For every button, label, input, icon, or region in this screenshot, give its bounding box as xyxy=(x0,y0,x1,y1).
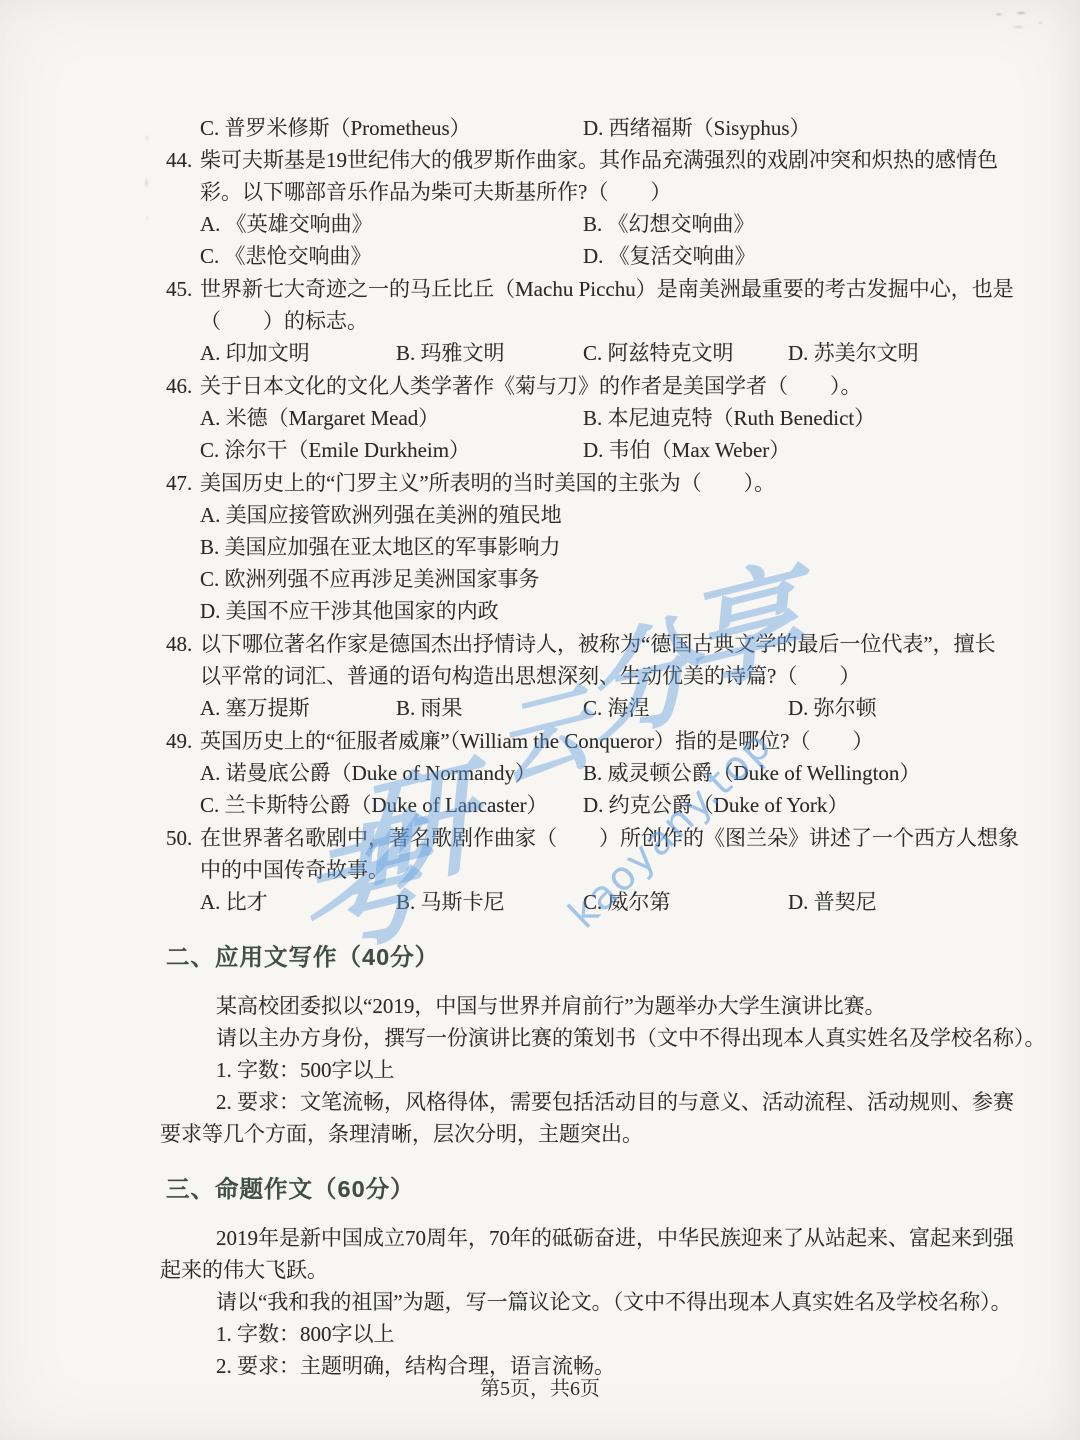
question-49: 49. 英国历史上的“征服者威廉”（William the Conqueror）… xyxy=(166,725,970,821)
question-text-line: 在世界著名歌剧中，著名歌剧作曲家（ ）所创作的《图兰朵》讲述了一个西方人想象 xyxy=(200,822,970,854)
scan-artifact xyxy=(986,6,1050,34)
question-50: 50. 在世界著名歌剧中，著名歌剧作曲家（ ）所创作的《图兰朵》讲述了一个西方人… xyxy=(166,822,970,918)
option-d: D. 苏美尔文明 xyxy=(788,337,970,369)
section-titled-essay: 三、命题作文（60分） 2019年是新中国成立70周年，70年的砥砺奋进，中华民… xyxy=(166,1173,970,1382)
question-47: 47. 美国历史上的“门罗主义”所表明的当时美国的主张为（ ）。 A. 美国应接… xyxy=(166,467,970,627)
option-b: B. 马斯卡尼 xyxy=(396,886,583,918)
paragraph-continued: 起来的伟大飞跃。 xyxy=(160,1254,970,1286)
question-text-line: 中的中国传奇故事。 xyxy=(200,854,970,886)
option-a: A. 比才 xyxy=(200,886,396,918)
paragraph: 请以“我和我的祖国”为题，写一篇议论文。（文中不得出现本人真实姓名及学校名称）。 xyxy=(166,1286,970,1318)
question-43-options: C. 普罗米修斯（Prometheus） D. 西绪福斯（Sisyphus） xyxy=(166,112,970,144)
question-text-line: 世界新七大奇迹之一的马丘比丘（Machu Picchu）是南美洲最重要的考古发掘… xyxy=(200,273,970,305)
question-45: 45. 世界新七大奇迹之一的马丘比丘（Machu Picchu）是南美洲最重要的… xyxy=(166,273,970,369)
options-grid: A. 诺曼底公爵（Duke of Normandy） B. 威灵顿公爵（Duke… xyxy=(200,757,970,821)
options-grid: A. 比才 B. 马斯卡尼 C. 威尔第 D. 普契尼 xyxy=(200,886,970,918)
option-b: B. 美国应加强在亚太地区的军事影响力 xyxy=(200,531,970,563)
question-text-line: 关于日本文化的文化人类学著作《菊与刀》的作者是美国学者（ ）。 xyxy=(200,370,970,402)
question-number: 47. xyxy=(166,467,192,499)
question-text-line: 柴可夫斯基是19世纪伟大的俄罗斯作曲家。其作品充满强烈的戏剧冲突和炽热的感情色 xyxy=(200,144,970,176)
question-text-line: 以平常的词汇、普通的语句构造出思想深刻、生动优美的诗篇?（ ） xyxy=(200,660,970,692)
option-b: B. 《幻想交响曲》 xyxy=(583,208,970,240)
question-number: 46. xyxy=(166,370,192,402)
option-d: D. 弥尔顿 xyxy=(788,692,970,724)
option-c: C. 兰卡斯特公爵（Duke of Lancaster） xyxy=(200,789,583,821)
option-c: C. 阿兹特克文明 xyxy=(583,337,788,369)
scanned-exam-page: C. 普罗米修斯（Prometheus） D. 西绪福斯（Sisyphus） 4… xyxy=(0,0,1080,1440)
page-content: C. 普罗米修斯（Prometheus） D. 西绪福斯（Sisyphus） 4… xyxy=(166,112,970,1382)
options-grid: A. 美国应接管欧洲列强在美洲的殖民地 B. 美国应加强在亚太地区的军事影响力 … xyxy=(200,499,970,627)
option-c: C. 《悲怆交响曲》 xyxy=(200,240,583,272)
options-grid: A. 米德（Margaret Mead） B. 本尼迪克特（Ruth Bened… xyxy=(200,402,970,466)
option-d: D. 约克公爵（Duke of York） xyxy=(583,789,970,821)
question-text-line: 英国历史上的“征服者威廉”（William the Conqueror）指的是哪… xyxy=(200,725,970,757)
requirement-item: 2. 要求：文笔流畅，风格得体，需要包括活动目的与意义、活动流程、活动规则、参赛 xyxy=(166,1086,970,1118)
option-b: B. 玛雅文明 xyxy=(396,337,583,369)
requirement-item: 1. 字数：500字以上 xyxy=(166,1054,970,1086)
question-number: 50. xyxy=(166,822,192,854)
scan-artifact xyxy=(142,128,152,228)
option-b: B. 威灵顿公爵（Duke of Wellington） xyxy=(583,757,970,789)
option-d: D. 韦伯（Max Weber） xyxy=(583,434,970,466)
options-grid: A. 塞万提斯 B. 雨果 C. 海涅 D. 弥尔顿 xyxy=(200,692,970,724)
option-a: A. 米德（Margaret Mead） xyxy=(200,402,583,434)
option-d: D. 《复活交响曲》 xyxy=(583,240,970,272)
question-number: 48. xyxy=(166,628,192,660)
option-b: B. 本尼迪克特（Ruth Benedict） xyxy=(583,402,970,434)
option-b: B. 雨果 xyxy=(396,692,583,724)
question-number: 44. xyxy=(166,144,192,176)
option-a: A. 塞万提斯 xyxy=(200,692,396,724)
option-c: C. 海涅 xyxy=(583,692,788,724)
question-48: 48. 以下哪位著名作家是德国杰出抒情诗人，被称为“德国古典文学的最后一位代表”… xyxy=(166,628,970,724)
page-footer: 第5页，共6页 xyxy=(0,1372,1080,1401)
question-text-line: 彩。以下哪部音乐作品为柴可夫斯基所作?（ ） xyxy=(200,176,970,208)
paragraph: 请以主办方身份，撰写一份演讲比赛的策划书（文中不得出现本人真实姓名及学校名称）。 xyxy=(166,1022,970,1054)
option-a: A. 诺曼底公爵（Duke of Normandy） xyxy=(200,757,583,789)
question-number: 49. xyxy=(166,725,192,757)
paragraph: 2019年是新中国成立70周年，70年的砥砺奋进，中华民族迎来了从站起来、富起来… xyxy=(166,1222,970,1254)
question-text-line: 以下哪位著名作家是德国杰出抒情诗人，被称为“德国古典文学的最后一位代表”，擅长 xyxy=(200,628,970,660)
option-c: C. 威尔第 xyxy=(583,886,788,918)
option-d: D. 西绪福斯（Sisyphus） xyxy=(583,112,970,144)
options-grid: A. 印加文明 B. 玛雅文明 C. 阿兹特克文明 D. 苏美尔文明 xyxy=(200,337,970,369)
question-text-line: （ ）的标志。 xyxy=(200,305,970,337)
option-a: A. 《英雄交响曲》 xyxy=(200,208,583,240)
question-number: 45. xyxy=(166,273,192,305)
option-a: A. 印加文明 xyxy=(200,337,396,369)
section-applied-writing: 二、应用文写作（40分） 某高校团委拟以“2019，中国与世界并肩前行”为题举办… xyxy=(166,941,970,1150)
requirement-item-continued: 要求等几个方面，条理清晰，层次分明，主题突出。 xyxy=(160,1118,970,1150)
section-heading: 二、应用文写作（40分） xyxy=(166,941,970,973)
option-d: D. 普契尼 xyxy=(788,886,970,918)
question-text-line: 美国历史上的“门罗主义”所表明的当时美国的主张为（ ）。 xyxy=(200,467,970,499)
section-heading: 三、命题作文（60分） xyxy=(166,1173,970,1205)
paragraph: 某高校团委拟以“2019，中国与世界并肩前行”为题举办大学生演讲比赛。 xyxy=(166,990,970,1022)
question-44: 44. 柴可夫斯基是19世纪伟大的俄罗斯作曲家。其作品充满强烈的戏剧冲突和炽热的… xyxy=(166,144,970,272)
options-grid: A. 《英雄交响曲》 B. 《幻想交响曲》 C. 《悲怆交响曲》 D. 《复活交… xyxy=(200,208,970,272)
option-c: C. 普罗米修斯（Prometheus） xyxy=(200,112,583,144)
option-c: C. 涂尔干（Emile Durkheim） xyxy=(200,434,583,466)
option-a: A. 美国应接管欧洲列强在美洲的殖民地 xyxy=(200,499,970,531)
option-c: C. 欧洲列强不应再涉足美洲国家事务 xyxy=(200,563,970,595)
option-d: D. 美国不应干涉其他国家的内政 xyxy=(200,595,970,627)
requirement-item: 1. 字数：800字以上 xyxy=(166,1318,970,1350)
question-46: 46. 关于日本文化的文化人类学著作《菊与刀》的作者是美国学者（ ）。 A. 米… xyxy=(166,370,970,466)
